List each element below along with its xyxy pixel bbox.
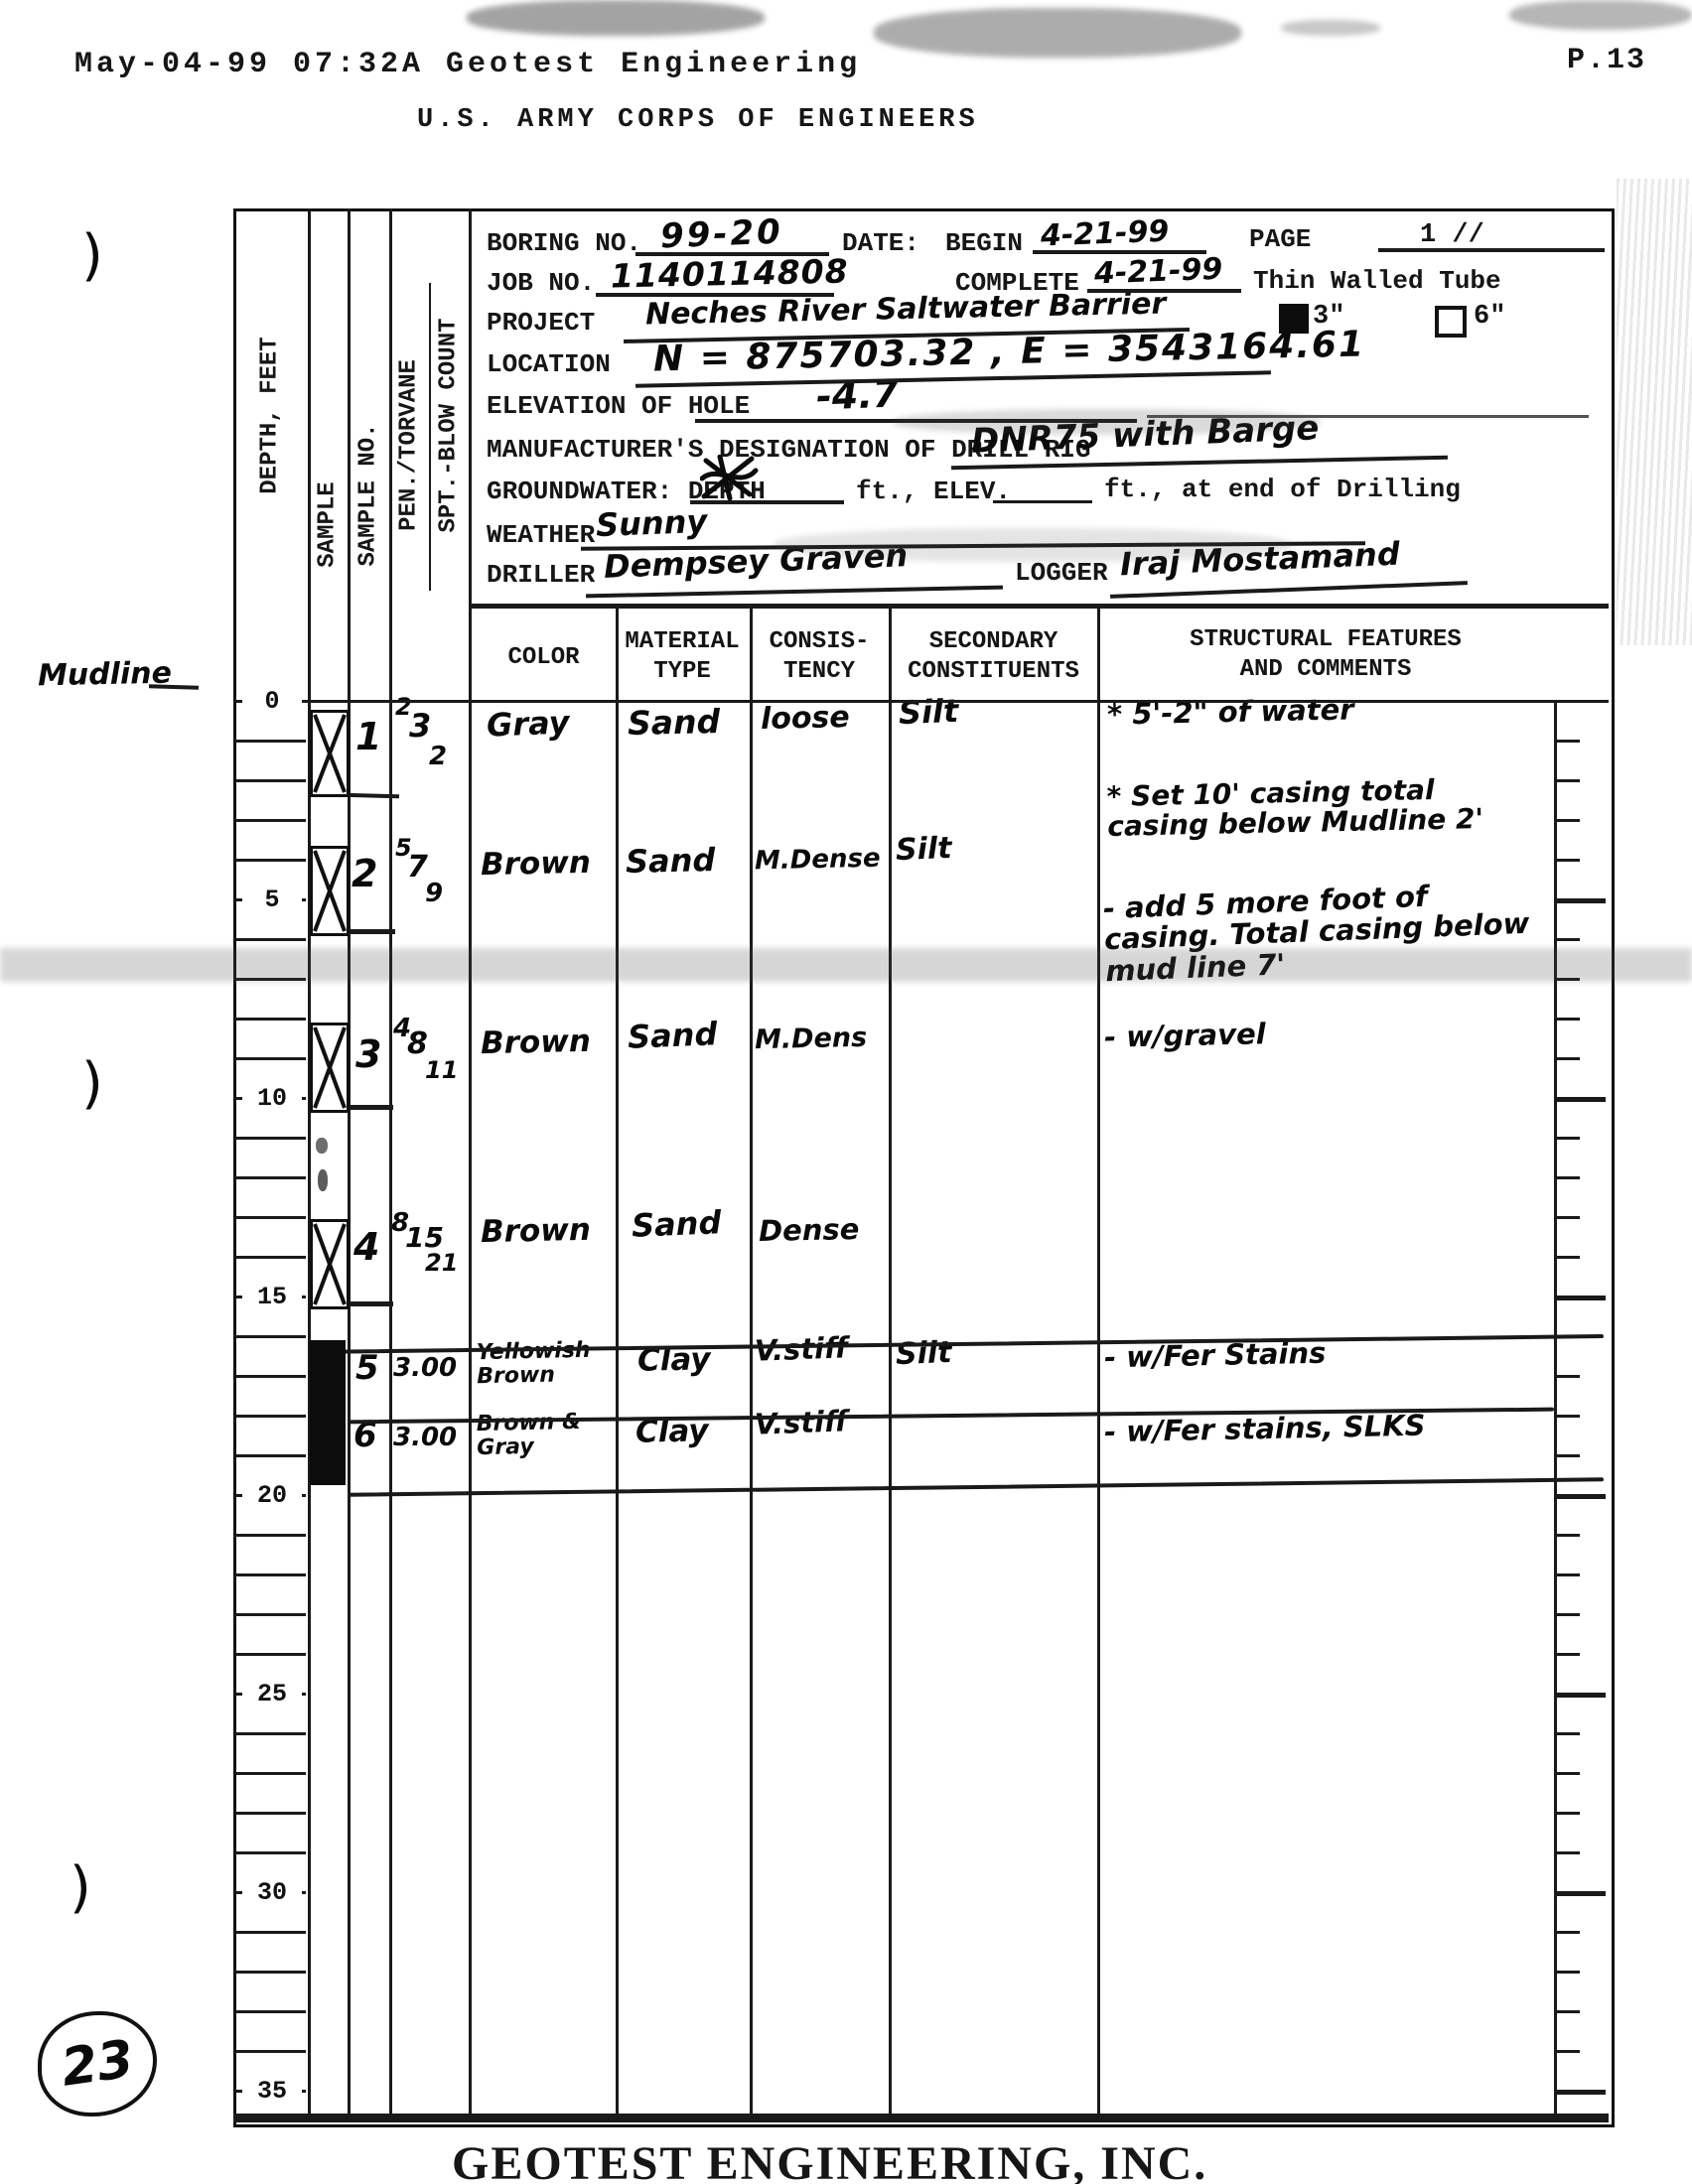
ruler-tick [235,1375,306,1378]
ruler-tick [1554,898,1606,903]
page-title: U.S. ARMY CORPS OF ENGINEERS [417,105,979,135]
ruler-tick [235,1971,306,1974]
tube-3in-checkbox [1279,304,1309,334]
ruler-tick [1554,819,1580,822]
ruler-tick [235,2010,306,2013]
ruler-tick [1554,1812,1580,1815]
ruler-tick [1554,978,1580,981]
column-header-bottom [235,700,1609,703]
tube-6in-checkbox [1435,306,1467,338]
fill-line [1147,415,1589,418]
col-header-consistency: CONSIS- TENCY [753,627,886,687]
ruler-tick [235,1335,306,1338]
ruler-tick [1554,938,1580,941]
sample-4-split-spoon-symbol [310,1219,350,1309]
fill-line [635,252,829,256]
ruler-tick [235,1018,306,1021]
ruler-tick [1554,1573,1580,1576]
ruler-tick [235,2050,306,2053]
ruler-tick [235,1415,306,1418]
grid-line [1097,606,1100,2121]
grid-line [1554,700,1557,2121]
ruler-tick [235,1137,306,1140]
ruler-tick [235,1851,306,1854]
ruler-tick [1554,1971,1580,1974]
ruler-tick [1554,1415,1580,1418]
depth-mark-25: 25 [242,1680,302,1708]
fill-line [1033,250,1206,254]
ruler-tick [235,1176,306,1179]
ruler-tick [1554,1772,1580,1775]
ruler-tick [1554,1891,1606,1896]
depth-mark-0: 0 [242,687,302,716]
ruler-tick [1554,1931,1580,1934]
depth-mark-15: 15 [242,1283,302,1311]
pen-mark: ) [81,1054,103,1114]
fax-header-text: May-04-99 07:32A Geotest Engineering [74,48,861,81]
grid-line [469,208,472,2121]
ruler-tick [1554,1256,1580,1259]
ruler-tick [235,1256,306,1259]
ruler-tick [1554,1216,1580,1219]
col-header-secondary: SECONDARY CONSTITUENTS [892,627,1095,687]
pen-mark: ) [70,1858,91,1918]
ruler-tick [1554,1296,1606,1300]
fax-noise [1281,20,1380,36]
depth-mark-10: 10 [242,1084,302,1113]
ruler-tick [235,1534,306,1537]
ruler-tick [1554,1454,1580,1457]
fax-page-number: P.13 [1567,44,1646,77]
ruler-tick [235,859,306,862]
side-label-depth-feet: DEPTH, FEET [257,327,284,505]
fax-noise [874,8,1241,58]
ruler-tick [235,1931,306,1934]
ruler-tick [235,1772,306,1775]
ruler-tick [1554,1693,1606,1698]
page-number-circle: 23 [38,2011,157,2116]
ruler-tick [235,740,306,743]
ruler-tick [1554,779,1580,782]
col-header-material: MATERIAL TYPE [618,627,747,687]
ruler-tick [1554,2010,1580,2013]
pen-spt-divider [429,283,431,591]
ruler-tick [235,1057,306,1060]
fax-noise [1617,179,1692,645]
ruler-tick [1554,1018,1580,1021]
fill-line [993,500,1092,503]
side-label-sample-no: SAMPLE NO. [355,411,382,580]
sample-2-split-spoon-symbol [310,846,350,936]
grid-line [616,606,619,2121]
ruler-tick [1554,1097,1606,1102]
ruler-tick [1554,740,1580,743]
ruler-tick [235,1454,306,1457]
depth-mark-20: 20 [242,1481,302,1510]
grid-line [889,606,892,2121]
side-label-pen-torvane: PEN./TORVANE [396,341,423,550]
ruler-tick [1554,1375,1580,1378]
side-label-sample: SAMPLE [315,466,342,585]
ruler-tick [1554,1137,1580,1140]
fax-noise [1509,0,1692,30]
ruler-tick [1554,2090,1606,2095]
ruler-tick [1554,1494,1606,1499]
ruler-tick [1554,1851,1580,1854]
grid-line [389,208,392,2121]
ruler-tick [235,779,306,782]
page-number-circle-value: 23 [58,2031,136,2097]
depth-mark-5: 5 [242,886,302,914]
ruler-tick [235,1613,306,1616]
ruler-tick [235,1732,306,1735]
col-header-structural: STRUCTURAL FEATURES AND COMMENTS [1107,625,1544,685]
company-footer: GEOTEST ENGINEERING, INC. [452,2136,1207,2184]
sample-3-split-spoon-symbol [310,1023,350,1113]
ruler-tick [235,1812,306,1815]
side-label-spt-blow-count: SPT.-BLOW COUNT [436,302,463,550]
form-bottom-border [233,2114,1609,2122]
ruler-tick [235,1653,306,1656]
ruler-tick [1554,1176,1580,1179]
fax-noise [467,0,765,36]
sample-5-6-shelby-tube-symbol [310,1340,346,1485]
header-divider [469,604,1609,609]
fill-line [695,419,1137,423]
ruler-tick [235,1573,306,1576]
depth-mark-35: 35 [242,2077,302,2106]
ruler-tick [1554,859,1580,862]
pen-mark: ) [81,226,103,286]
grid-line [348,208,351,2121]
fill-line [596,293,834,297]
ruler-tick [1554,1653,1580,1656]
ruler-tick [235,938,306,941]
ruler-tick [1554,1335,1580,1338]
sample-1-split-spoon-symbol [310,710,350,797]
ruler-tick [1554,1057,1580,1060]
grid-line [750,606,753,2121]
fill-line [690,500,844,504]
depth-mark-30: 30 [242,1878,302,1907]
fill-line [1378,248,1605,252]
scanned-boring-log-page: May-04-99 07:32A Geotest Engineering P.1… [0,0,1692,2184]
col-header-color: COLOR [477,643,611,673]
grid-line [308,208,311,2121]
ruler-tick [1554,1613,1580,1616]
ruler-tick [235,978,306,981]
ruler-tick [1554,2050,1580,2053]
ruler-tick [235,1216,306,1219]
fill-line [1087,289,1241,293]
ruler-tick [1554,1534,1580,1537]
ruler-tick [1554,1732,1580,1735]
ruler-tick [235,819,306,822]
groundwater-scribble [700,455,760,500]
